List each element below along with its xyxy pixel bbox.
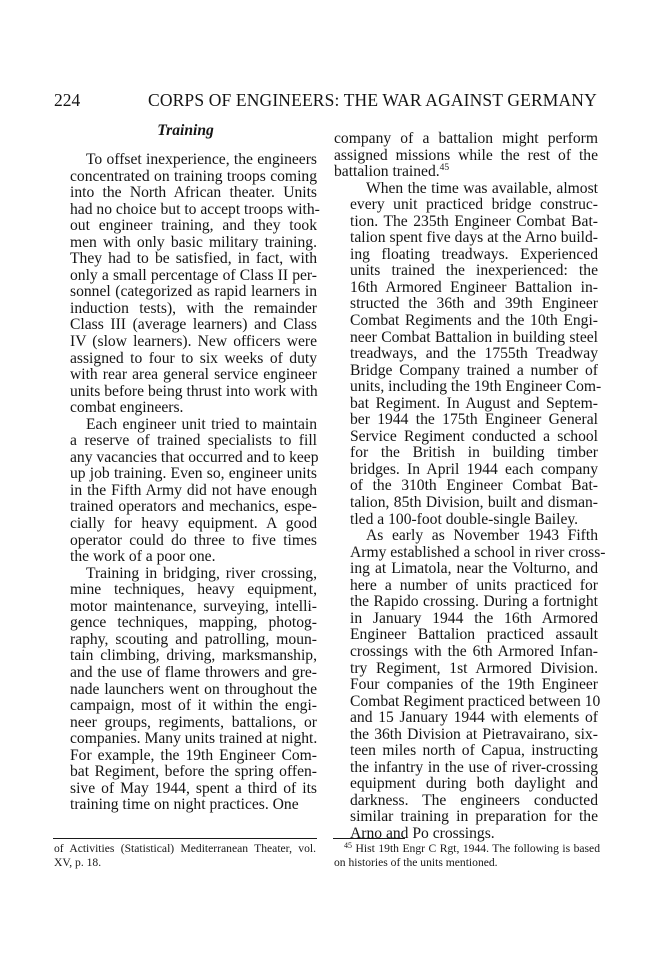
text-line: tion. The 235th Engineer Combat Bat- [334, 214, 598, 231]
line-text: Engineer Battalion practiced assault [350, 626, 598, 643]
footnote-45: 45 Hist 19th Engr C Rgt, 1944. The follo… [334, 842, 600, 869]
text-line: treadways, and the 1755th Treadway [334, 346, 598, 363]
line-text: neer groups, regiments, battalions, or [70, 714, 317, 731]
text-line: tain climbing, driving, marksmanship, [54, 648, 317, 665]
line-text: campaign, most of it within the engi- [70, 697, 317, 714]
text-line: darkness. The engineers conducted [334, 793, 598, 810]
text-line: sive of May 1944, spent a third of its [54, 781, 317, 798]
text-line: assigned to four to six weeks of duty [54, 351, 317, 368]
paragraph: When the time was available, almostevery… [334, 181, 598, 528]
line-text: Service Regiment conducted a school [350, 428, 598, 445]
line-text: units before being thrust into work with [70, 383, 318, 400]
line-text: tled a 100-foot double-single Bailey. [350, 511, 578, 528]
line-text: in the Fifth Army did not have enough [70, 482, 317, 499]
line-text: in January 1944 the 16th Armored [350, 610, 598, 627]
paragraph: As early as November 1943 FifthArmy esta… [334, 528, 598, 842]
text-line: ing at Limatola, near the Volturno, and [334, 561, 598, 578]
text-line: crossings with the 6th Armored Infan- [334, 644, 598, 661]
paragraph: Training in bridging, river crossing,min… [54, 566, 317, 814]
line-text: combat engineers. [70, 399, 183, 416]
line-text: Combat Regiments and the 10th Engi- [350, 312, 598, 329]
line-text: talion spent five days at the Arno build… [350, 229, 598, 246]
text-line: trained operators and mechanics, espe- [54, 499, 317, 516]
text-line: Each engineer unit tried to maintain [54, 417, 317, 434]
line-text: IV (slow learners). New officers were [70, 333, 317, 350]
line-text: similar training in preparation for the [350, 808, 598, 825]
text-line: try Regiment, 1st Armored Division. [334, 661, 598, 678]
text-line: had no choice but to accept troops with- [54, 202, 317, 219]
text-line: raphy, scouting and patrolling, moun- [54, 632, 317, 649]
text-line: the infantry in the use of river-crossin… [334, 760, 598, 777]
left-column: Training To offset inexperience, the eng… [54, 122, 317, 814]
text-line: units before being thrust into work with [54, 384, 317, 401]
line-text: company of a battalion might perform [334, 130, 598, 147]
footnote-line: on histories of the units mentioned. [334, 856, 600, 870]
line-text: bat Regiment, before the spring offen- [70, 763, 317, 780]
line-text: cially for heavy equipment. A good [70, 515, 317, 532]
line-text: 16th Armored Engineer Battalion in- [350, 279, 598, 296]
line-text: the Rapido crossing. During a fortnight [350, 593, 598, 610]
line-text: Class III (average learners) and Class [70, 316, 317, 333]
footnote-line: XV, p. 18. [54, 856, 316, 870]
paragraph: Each engineer unit tried to maintaina re… [54, 417, 317, 566]
line-text: treadways, and the 1755th Treadway [350, 345, 598, 362]
line-text: up job training. Even so, engineer units [70, 465, 317, 482]
text-line: similar training in preparation for the [334, 809, 598, 826]
line-text: into the North African theater. Units [70, 184, 317, 201]
text-line: bat Regiment. In August and Septem- [334, 396, 598, 413]
text-line: Class III (average learners) and Class [54, 317, 317, 334]
line-text: sonnel (categorized as rapid learners in [70, 283, 317, 300]
footnote-text: Hist 19th Engr C Rgt, 1944. The followin… [356, 842, 601, 855]
text-line: training time on night practices. One [54, 797, 317, 814]
text-line: When the time was available, almost [334, 181, 598, 198]
line-text: for the British in building timber [350, 444, 598, 461]
line-text: tain climbing, driving, marksmanship, [70, 647, 317, 664]
line-text: trained operators and mechanics, espe- [70, 498, 317, 515]
text-line: concentrated on training troops coming [54, 169, 317, 186]
text-line: battalion trained.45 [334, 164, 598, 181]
line-text: bat Regiment. In August and Septem- [350, 395, 598, 412]
text-line: structed the 36th and 39th Engineer [334, 296, 598, 313]
line-text: and the use of flame throwers and gre- [70, 664, 317, 681]
text-line: ing floating treadways. Experienced [334, 247, 598, 264]
line-text: only a small percentage of Class II per- [70, 267, 317, 284]
text-line: and the use of flame throwers and gre- [54, 665, 317, 682]
text-line: assigned missions while the rest of the [334, 148, 598, 165]
text-line: Training in bridging, river crossing, [54, 566, 317, 583]
line-text: men with only basic military training. [70, 234, 317, 251]
text-line: nade launchers went on throughout the [54, 682, 317, 699]
line-text: To offset inexperience, the engineers [86, 151, 317, 168]
line-text: raphy, scouting and patrolling, moun- [70, 631, 317, 648]
text-line: any vacancies that occurred and to keep [54, 450, 317, 467]
line-text: Bridge Company trained a number of [350, 362, 598, 379]
text-line: every unit practiced bridge construc- [334, 197, 598, 214]
text-line: induction tests), with the remainder [54, 301, 317, 318]
text-line: neer groups, regiments, battalions, or [54, 715, 317, 732]
line-text: induction tests), with the remainder [70, 300, 317, 317]
text-line: mine techniques, heavy equipment, [54, 582, 317, 599]
paragraph: To offset inexperience, the engineerscon… [54, 152, 317, 417]
line-text: ing at Limatola, near the Volturno, and [350, 560, 598, 577]
line-text: motor maintenance, surveying, intelli- [70, 598, 317, 615]
line-text: Arno and Po crossings. [350, 825, 495, 842]
line-text: companies. Many units trained at night. [70, 730, 317, 747]
text-line: IV (slow learners). New officers were [54, 334, 317, 351]
text-line: and 15 January 1944 with elements of [334, 710, 598, 727]
line-text: units, including the 19th Engineer Com- [350, 378, 601, 395]
section-heading: Training [54, 122, 317, 139]
text-line: in January 1944 the 16th Armored [334, 611, 598, 628]
footnote-rule-left [53, 838, 317, 839]
line-text: assigned to four to six weeks of duty [70, 350, 317, 367]
text-line: for the British in building timber [334, 445, 598, 462]
footnote-number: 45 [344, 841, 352, 850]
text-line: operator could do three to five times [54, 533, 317, 550]
line-text: structed the 36th and 39th Engineer [350, 295, 598, 312]
line-text: had no choice but to accept troops with- [70, 201, 320, 218]
text-line: only a small percentage of Class II per- [54, 268, 317, 285]
line-text: the infantry in the use of river-crossin… [350, 759, 598, 776]
line-text: Army established a school in river cross… [350, 544, 606, 561]
line-text: mine techniques, heavy equipment, [70, 581, 317, 598]
paragraph: company of a battalion might performassi… [334, 131, 598, 181]
line-text: ber 1944 the 175th Engineer General [350, 411, 598, 428]
text-line: ber 1944 the 175th Engineer General [334, 412, 598, 429]
text-line: units, including the 19th Engineer Com- [334, 379, 598, 396]
line-text: assigned missions while the rest of the [334, 147, 598, 164]
line-text: out engineer training, and they took [70, 217, 317, 234]
page-number: 224 [54, 89, 80, 111]
text-line: Four companies of the 19th Engineer [334, 677, 598, 694]
text-line: companies. Many units trained at night. [54, 731, 317, 748]
text-line: out engineer training, and they took [54, 218, 317, 235]
left-column-paragraphs: To offset inexperience, the engineerscon… [54, 152, 317, 814]
text-line: company of a battalion might perform [334, 131, 598, 148]
line-text: equipment during both daylight and [350, 775, 598, 792]
line-text: gence techniques, mapping, photog- [70, 614, 317, 631]
text-line: tled a 100-foot double-single Bailey. [334, 512, 598, 529]
text-line: Bridge Company trained a number of [334, 363, 598, 380]
line-text: the 36th Division at Pietravairano, six- [350, 726, 598, 743]
footnote-continued: of Activities (Statistical) Mediterranea… [54, 842, 316, 869]
text-line: talion, 85th Division, built and disman- [334, 495, 598, 512]
right-column-paragraphs: company of a battalion might performassi… [334, 131, 598, 843]
text-line: For example, the 19th Engineer Com- [54, 748, 317, 765]
text-line: with rear area general service engineer [54, 367, 317, 384]
text-line: cially for heavy equipment. A good [54, 516, 317, 533]
text-line: the Rapido crossing. During a fortnight [334, 594, 598, 611]
line-text: ing floating treadways. Experienced [350, 246, 598, 263]
line-text: of the 310th Engineer Combat Bat- [350, 477, 598, 494]
text-line: here a number of units practiced for [334, 578, 598, 595]
line-text: operator could do three to five times [70, 532, 317, 549]
line-text: every unit practiced bridge construc- [350, 196, 598, 213]
text-line: neer Combat Battalion in building steel [334, 330, 598, 347]
text-line: gence techniques, mapping, photog- [54, 615, 317, 632]
text-line: As early as November 1943 Fifth [334, 528, 598, 545]
text-line: in the Fifth Army did not have enough [54, 483, 317, 500]
text-line: combat engineers. [54, 400, 317, 417]
text-line: into the North African theater. Units [54, 185, 317, 202]
footnote-line: of Activities (Statistical) Mediterranea… [54, 842, 316, 856]
text-line: bridges. In April 1944 each company [334, 462, 598, 479]
text-line: Engineer Battalion practiced assault [334, 627, 598, 644]
text-line: Combat Regiment practiced between 10 [334, 694, 598, 711]
text-line: To offset inexperience, the engineers [54, 152, 317, 169]
text-line: equipment during both daylight and [334, 776, 598, 793]
footnote-rule-right [333, 838, 405, 839]
line-text: neer Combat Battalion in building steel [350, 329, 598, 346]
line-text: tion. The 235th Engineer Combat Bat- [350, 213, 598, 230]
line-text: battalion trained. [334, 163, 440, 180]
text-line: talion spent five days at the Arno build… [334, 230, 598, 247]
line-text: training time on night practices. One [70, 796, 299, 813]
line-text: crossings with the 6th Armored Infan- [350, 643, 598, 660]
line-text: nade launchers went on throughout the [70, 681, 317, 698]
text-line: a reserve of trained specialists to fill [54, 433, 317, 450]
line-text: As early as November 1943 Fifth [366, 527, 598, 544]
line-text: the work of a poor one. [70, 548, 216, 565]
line-text: a reserve of trained specialists to fill [70, 432, 317, 449]
line-text: teen miles north of Capua, instructing [350, 742, 598, 759]
text-line: Combat Regiments and the 10th Engi- [334, 313, 598, 330]
line-text: Training in bridging, river crossing, [86, 565, 317, 582]
line-text: here a number of units practiced for [350, 577, 598, 594]
text-line: sonnel (categorized as rapid learners in [54, 284, 317, 301]
footnote-line: 45 Hist 19th Engr C Rgt, 1944. The follo… [334, 842, 600, 856]
text-line: motor maintenance, surveying, intelli- [54, 599, 317, 616]
line-text: sive of May 1944, spent a third of its [70, 780, 317, 797]
line-text: try Regiment, 1st Armored Division. [350, 660, 598, 677]
text-line: campaign, most of it within the engi- [54, 698, 317, 715]
line-text: bridges. In April 1944 each company [350, 461, 598, 478]
right-column: company of a battalion might performassi… [334, 131, 598, 843]
line-text: concentrated on training troops coming [70, 168, 317, 185]
line-text: units trained the inexperienced: the [350, 262, 598, 279]
line-text: When the time was available, almost [366, 180, 598, 197]
line-text: Combat Regiment practiced between 10 [350, 693, 600, 710]
line-text: Each engineer unit tried to maintain [86, 416, 317, 433]
line-text: talion, 85th Division, built and disman- [350, 494, 598, 511]
line-text: any vacancies that occurred and to keep [70, 449, 319, 466]
line-text: darkness. The engineers conducted [350, 792, 598, 809]
text-line: the 36th Division at Pietravairano, six- [334, 727, 598, 744]
text-line: up job training. Even so, engineer units [54, 466, 317, 483]
text-line: Service Regiment conducted a school [334, 429, 598, 446]
line-text: For example, the 19th Engineer Com- [70, 747, 317, 764]
text-line: men with only basic military training. [54, 235, 317, 252]
text-line: the work of a poor one. [54, 549, 317, 566]
running-title: CORPS OF ENGINEERS: THE WAR AGAINST GERM… [148, 89, 597, 111]
text-line: They had to be satisfied, in fact, with [54, 251, 317, 268]
line-text: Four companies of the 19th Engineer [350, 676, 598, 693]
text-line: 16th Armored Engineer Battalion in- [334, 280, 598, 297]
text-line: Arno and Po crossings. [334, 826, 598, 843]
line-text: and 15 January 1944 with elements of [350, 709, 598, 726]
text-line: Army established a school in river cross… [334, 545, 598, 562]
line-text: with rear area general service engineer [70, 366, 317, 383]
running-head: 224 CORPS OF ENGINEERS: THE WAR AGAINST … [54, 89, 598, 111]
text-line: units trained the inexperienced: the [334, 263, 598, 280]
text-line: bat Regiment, before the spring offen- [54, 764, 317, 781]
line-text: They had to be satisfied, in fact, with [70, 250, 317, 267]
footnote-reference[interactable]: 45 [440, 163, 450, 173]
text-line: of the 310th Engineer Combat Bat- [334, 478, 598, 495]
text-line: teen miles north of Capua, instructing [334, 743, 598, 760]
